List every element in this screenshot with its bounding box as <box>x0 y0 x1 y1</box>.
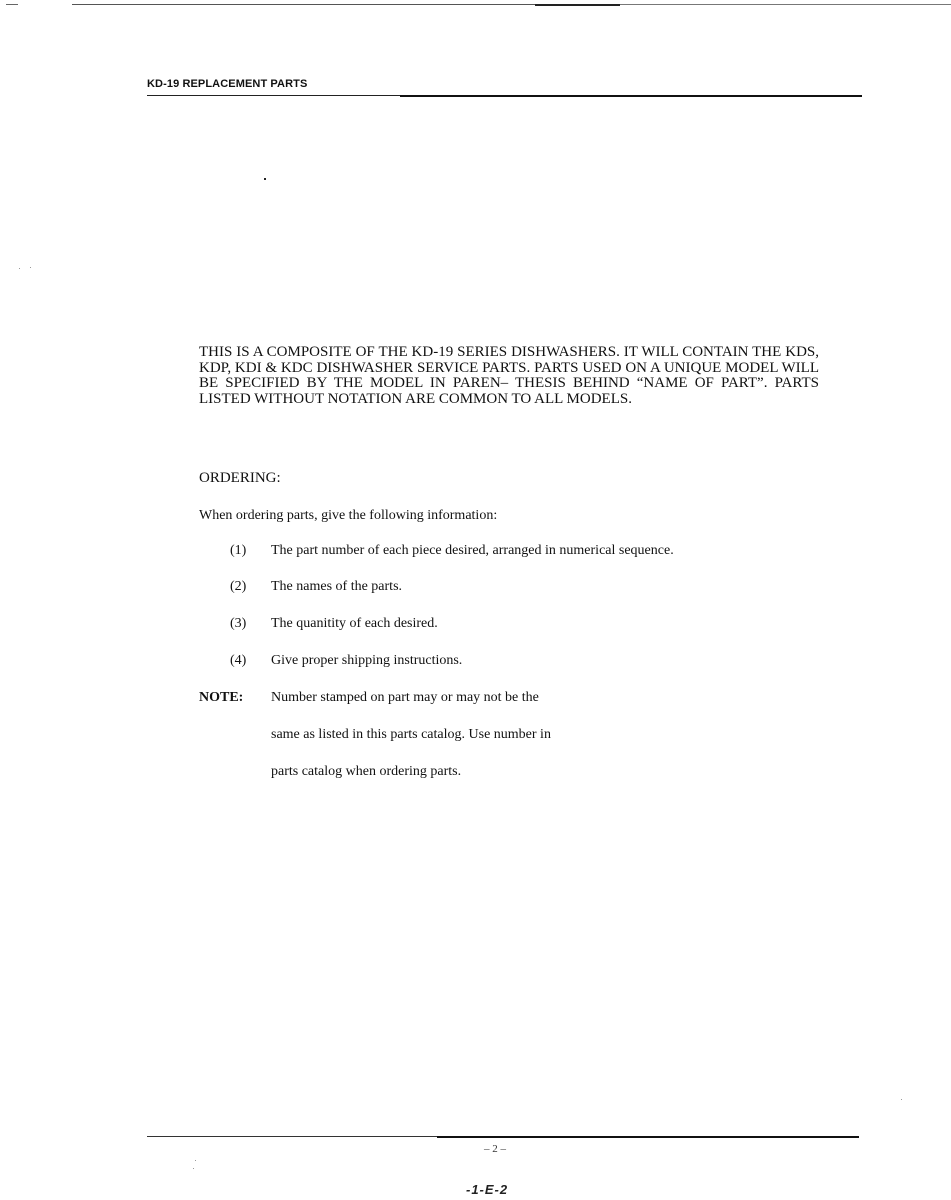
scan-speck <box>195 1160 196 1161</box>
ordering-heading: ORDERING: <box>199 470 281 487</box>
item-text: The part number of each piece desired, a… <box>271 543 674 558</box>
ordering-item: (4)Give proper shipping instructions. <box>230 653 462 669</box>
running-header-title: KD-19 REPLACEMENT PARTS <box>147 78 307 90</box>
ordering-item: (3)The quanitity of each desired. <box>230 616 438 632</box>
ordering-item: (1)The part number of each piece desired… <box>230 543 674 559</box>
scan-edge-mark <box>6 4 18 5</box>
scan-speck <box>19 268 20 269</box>
item-text: Give proper shipping instructions. <box>271 653 462 668</box>
scan-speck <box>30 267 31 268</box>
scan-speck <box>193 1168 194 1169</box>
item-number: (1) <box>230 543 271 559</box>
scan-speck <box>264 178 266 180</box>
note-line: Number stamped on part may or may not be… <box>271 690 539 706</box>
note-label: NOTE: <box>199 690 243 706</box>
footer-rule <box>437 1136 859 1138</box>
item-text: The quanitity of each desired. <box>271 616 438 631</box>
note-line: same as listed in this parts catalog. Us… <box>271 727 551 743</box>
intro-paragraph: THIS IS A COMPOSITE OF THE KD-19 SERIES … <box>199 345 819 407</box>
document-code: -1-E-2 <box>466 1182 508 1197</box>
item-number: (4) <box>230 653 271 669</box>
ordering-lead: When ordering parts, give the following … <box>199 508 497 524</box>
item-text: The names of the parts. <box>271 579 402 594</box>
page-number: – 2 – <box>484 1143 506 1155</box>
scan-edge-rule <box>535 4 620 6</box>
header-rule <box>400 95 862 97</box>
scan-edge-rule <box>72 4 542 5</box>
note-line: parts catalog when ordering parts. <box>271 764 461 780</box>
scan-speck <box>901 1099 902 1100</box>
item-number: (2) <box>230 579 271 595</box>
item-number: (3) <box>230 616 271 632</box>
ordering-item: (2)The names of the parts. <box>230 579 402 595</box>
